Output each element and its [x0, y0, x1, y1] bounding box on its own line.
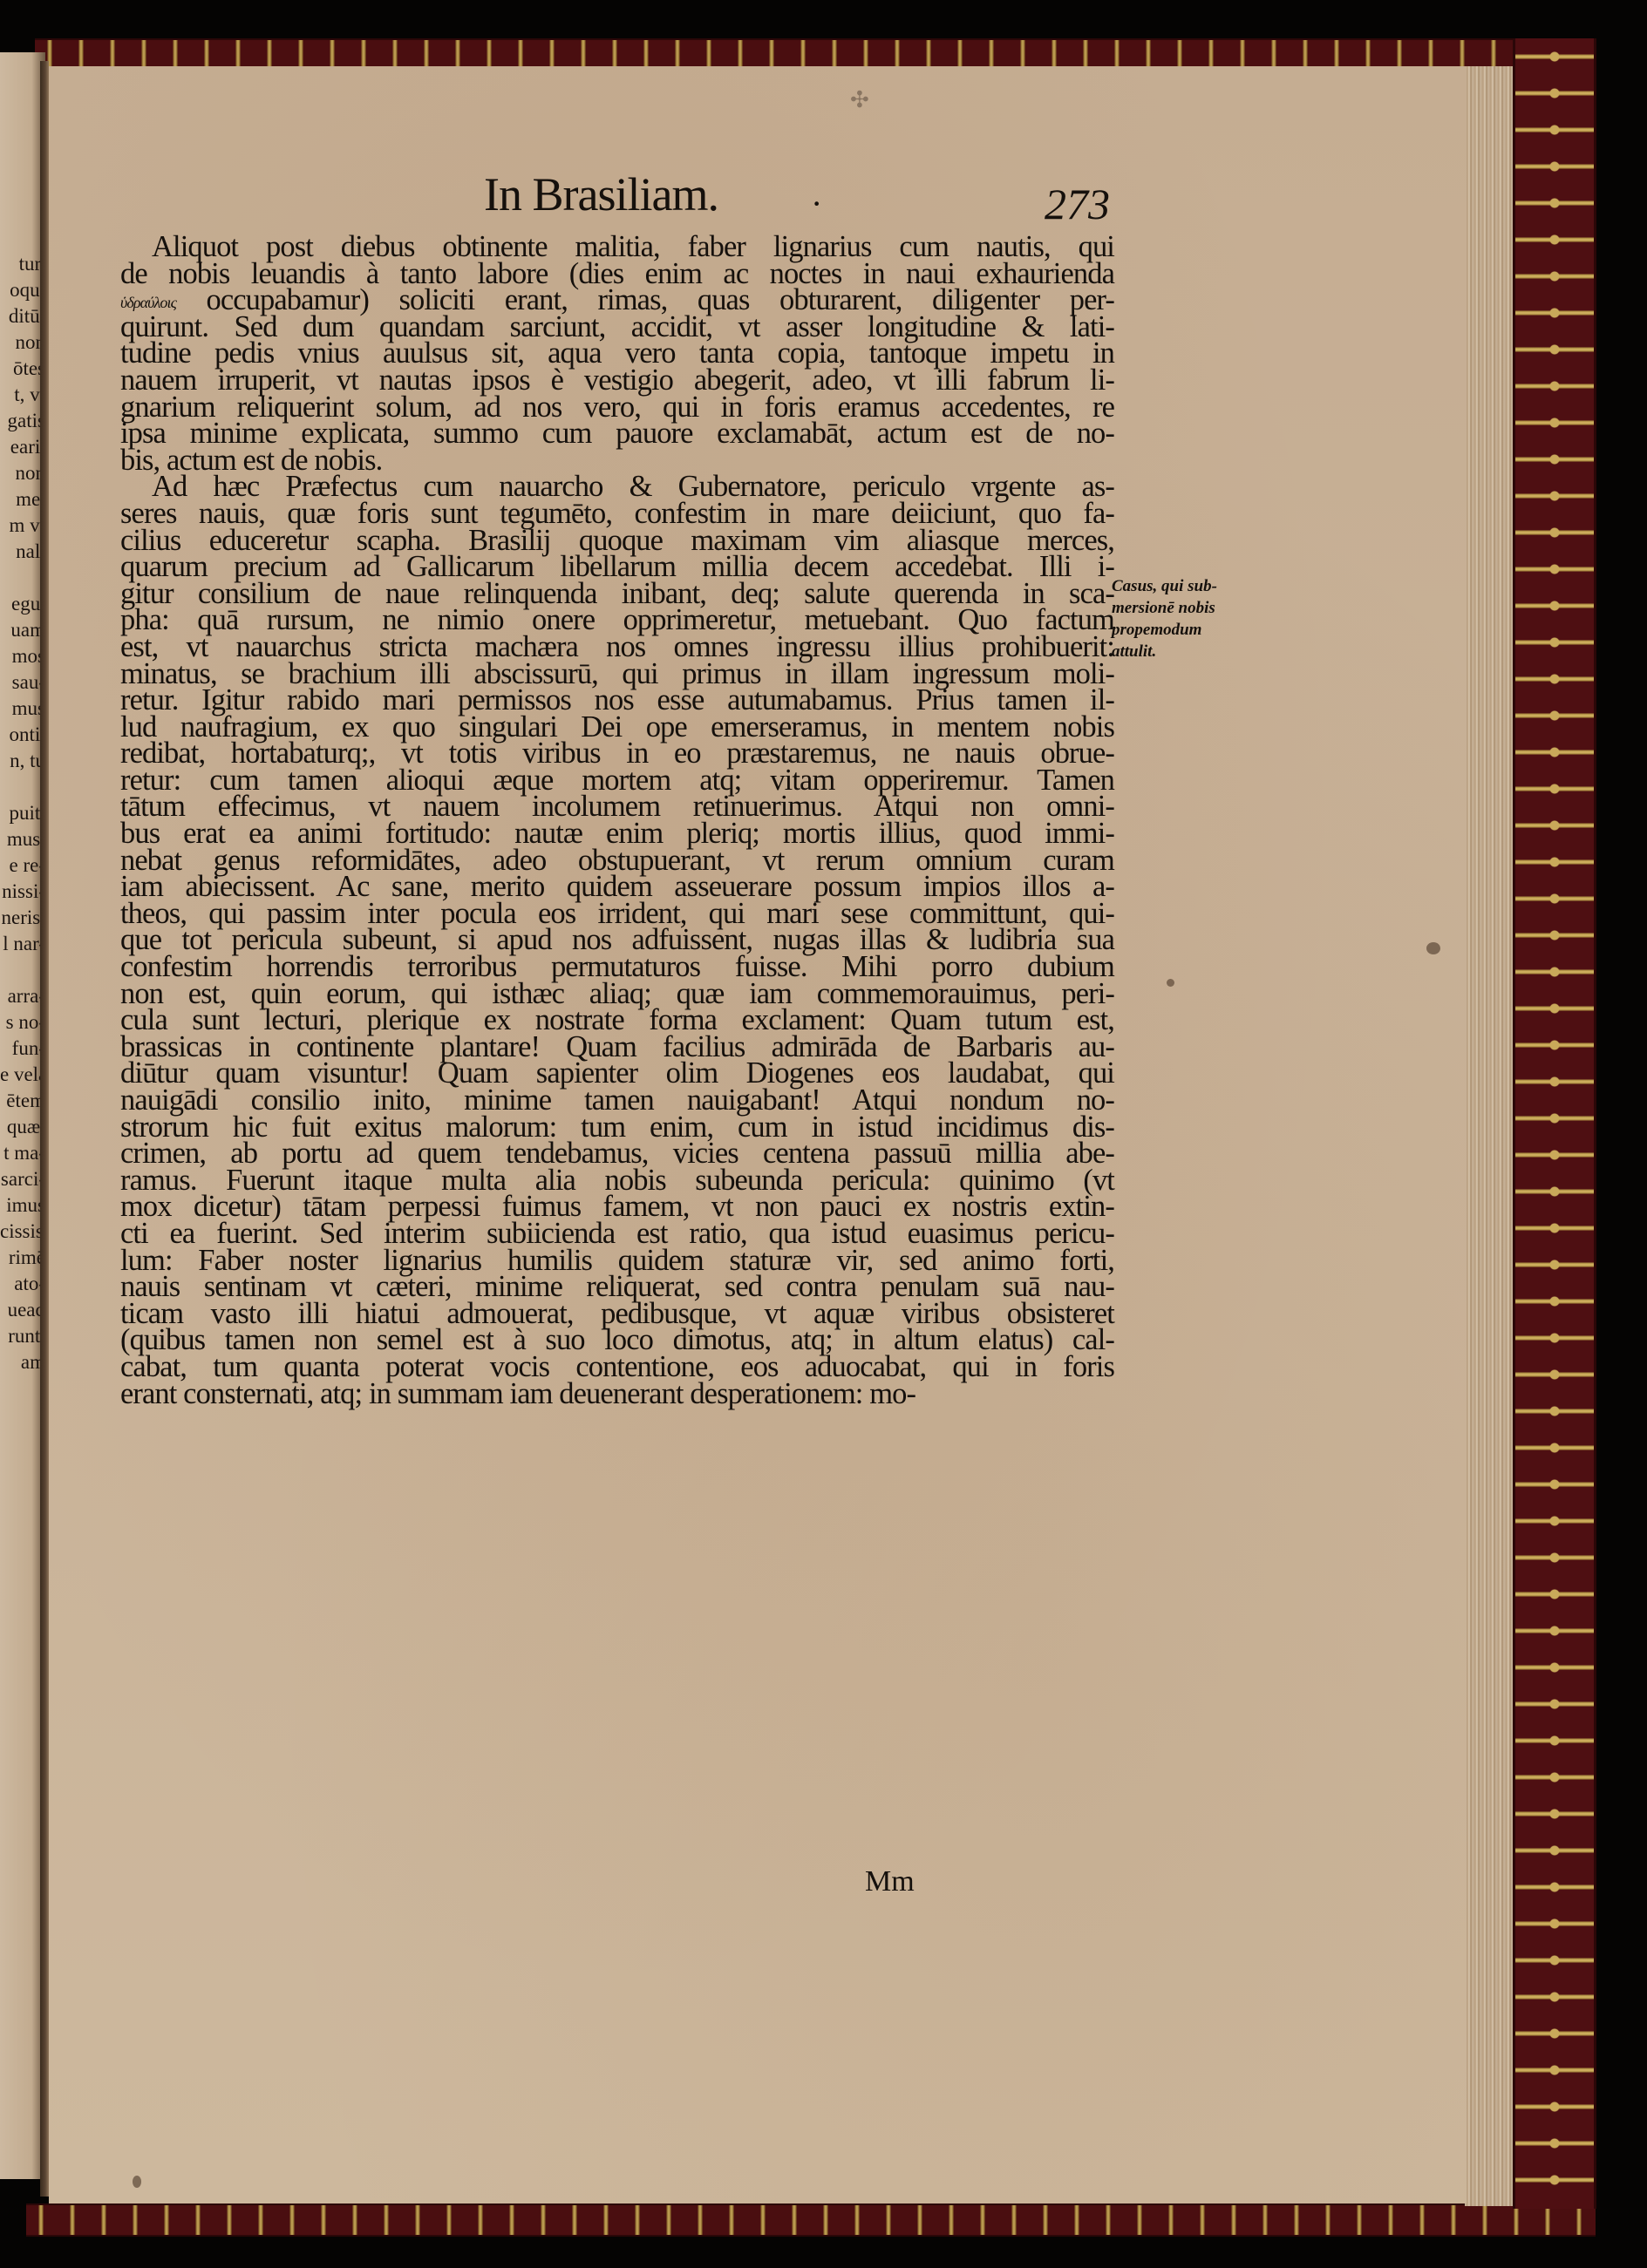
verso-fragment: fun-: [0, 1036, 45, 1062]
verso-fragment: sau-: [0, 669, 45, 696]
verso-fragment: ditū:: [0, 303, 45, 329]
verso-fragment: me.: [0, 486, 45, 513]
verso-fragment: imus: [0, 1192, 45, 1219]
gutter-shadow: [40, 61, 49, 2197]
verso-fragment: e re-: [0, 852, 45, 879]
body-text: Aliquot post diebus obtinente malitia, f…: [120, 234, 1114, 1407]
binding-top-edge: [35, 38, 1591, 70]
verso-fragment: non: [0, 329, 45, 356]
verso-fragment: s no-: [0, 1009, 45, 1036]
verso-text-fragments: tur,oquiditū:nonōtest, vtgatiseari,nonme…: [0, 251, 45, 1375]
verso-fragment: mus: [0, 696, 45, 722]
verso-fragment: m vt: [0, 513, 45, 539]
text-line: erant consternati, atq; in summam iam de…: [120, 1381, 1114, 1408]
verso-fragment: sarci-: [0, 1166, 45, 1192]
paper-stain: [1426, 942, 1440, 954]
verso-fragment: quæ,: [0, 1114, 45, 1140]
marginal-note-line: attulit.: [1112, 641, 1242, 662]
verso-fragment: uead: [0, 1297, 45, 1323]
verso-fragment: gatis: [0, 408, 45, 434]
text-line: cabat, tum quanta poterat vocis contenti…: [120, 1354, 1114, 1381]
head-dot: ·: [811, 183, 822, 224]
verso-fragment: rimē: [0, 1245, 45, 1271]
text-line: nauigādi consilio inito, minime tamen na…: [120, 1087, 1114, 1114]
binding-gilt-border: [1513, 38, 1596, 2209]
verso-fragment: [0, 957, 45, 983]
verso-fragment: runt,: [0, 1323, 45, 1349]
verso-fragment: ato-: [0, 1271, 45, 1297]
verso-fragment: eari,: [0, 434, 45, 460]
verso-fragment: egu.: [0, 591, 45, 617]
greek-word: ὑδραύλοις: [120, 294, 176, 311]
signature-mark: Mm: [865, 1865, 915, 1898]
verso-fragment: uam: [0, 617, 45, 643]
verso-fragment: n, tu: [0, 748, 45, 774]
text-line: Aliquot post diebus obtinente malitia, f…: [120, 234, 1114, 261]
verso-fragment: am: [0, 1349, 45, 1375]
verso-fragment: nissi-: [0, 879, 45, 905]
verso-fragment: ētem: [0, 1088, 45, 1114]
verso-fragment: oqui: [0, 277, 45, 303]
verso-fragment: e vela: [0, 1062, 45, 1088]
running-head: In Brasiliam.: [484, 167, 718, 221]
verso-fragment: non: [0, 460, 45, 486]
verso-fragment: l nar-: [0, 931, 45, 957]
text-line: seres nauis, quæ foris sunt tegumēto, co…: [120, 500, 1114, 527]
verso-fragment: mos: [0, 643, 45, 669]
verso-fragment: cissis,: [0, 1219, 45, 1245]
verso-page-sliver: tur,oquiditū:nonōtest, vtgatiseari,nonme…: [0, 52, 45, 2179]
verso-fragment: tur,: [0, 251, 45, 277]
paper-stain: [1167, 979, 1174, 987]
marginal-note: Casus, qui sub-mersionē nobispropemoduma…: [1112, 575, 1242, 662]
verso-fragment: neris,: [0, 905, 45, 931]
marginal-note-line: propemodum: [1112, 619, 1242, 641]
verso-fragment: mus,: [0, 826, 45, 852]
text-line: est, vt nauarchus stricta machæra nos om…: [120, 634, 1114, 661]
verso-fragment: onti.: [0, 722, 45, 748]
verso-fragment: [0, 565, 45, 591]
page-number: 273: [1045, 179, 1110, 229]
verso-fragment: arra-: [0, 983, 45, 1009]
verso-fragment: t ma-: [0, 1140, 45, 1166]
marginal-note-line: mersionē nobis: [1112, 597, 1242, 619]
verso-fragment: nal.: [0, 539, 45, 565]
ink-smudge-ornament-icon: ✣: [850, 87, 894, 113]
marginal-note-line: Casus, qui sub-: [1112, 575, 1242, 597]
text-line: cti ea fuerint. Sed interim subiicienda …: [120, 1220, 1114, 1247]
verso-fragment: ōtes: [0, 356, 45, 382]
verso-fragment: [0, 774, 45, 800]
paper-stain: [133, 2176, 141, 2188]
verso-fragment: puit,: [0, 800, 45, 826]
text-line: nauem irruperit, vt nautas ipsos è vesti…: [120, 367, 1114, 394]
binding-bottom-edge: [26, 2203, 1596, 2237]
page-fore-edge: [1465, 66, 1513, 2206]
verso-fragment: t, vt: [0, 382, 45, 408]
